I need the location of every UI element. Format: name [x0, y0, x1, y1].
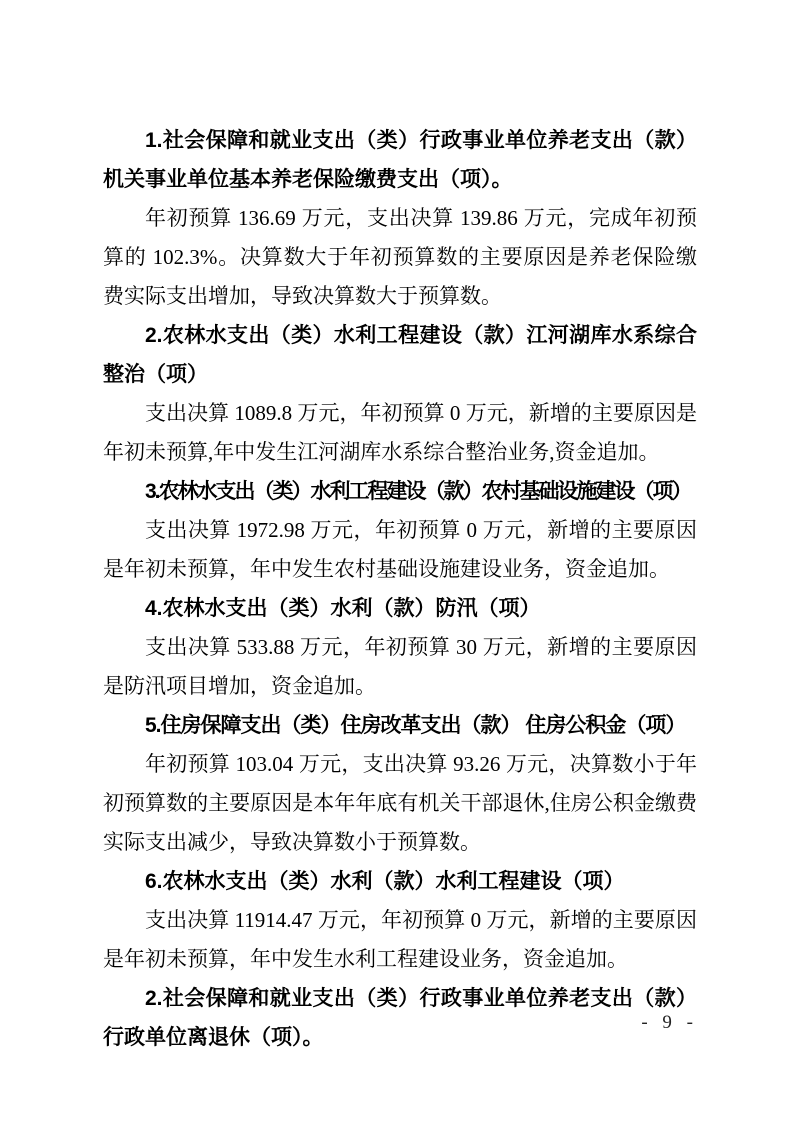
document-content: 1.社会保障和就业支出（类）行政事业单位养老支出（款）机关事业单位基本养老保险缴…: [103, 121, 697, 1057]
section-1-body: 年初预算 136.69 万元，支出决算 139.86 万元，完成年初预算的 10…: [103, 199, 697, 316]
section-4-heading: 4.农林水支出（类）水利（款）防汛（项）: [103, 589, 697, 628]
section-7-heading: 2.社会保障和就业支出（类）行政事业单位养老支出（款）行政单位离退休（项）。: [103, 979, 697, 1057]
document-page: 1.社会保障和就业支出（类）行政事业单位养老支出（款）机关事业单位基本养老保险缴…: [0, 0, 793, 1122]
section-3-body: 支出决算 1972.98 万元，年初预算 0 万元，新增的主要原因是年初未预算，…: [103, 511, 697, 589]
section-4-body: 支出决算 533.88 万元，年初预算 30 万元，新增的主要原因是防汛项目增加…: [103, 628, 697, 706]
section-5-heading: 5.住房保障支出（类）住房改革支出（款） 住房公积金（项）: [103, 706, 697, 745]
section-3-heading: 3.农林水支出（类）水利工程建设（款）农村基础设施建设（项）: [103, 472, 697, 511]
section-5-body: 年初预算 103.04 万元，支出决算 93.26 万元，决算数小于年初预算数的…: [103, 745, 697, 862]
section-6-heading: 6.农林水支出（类）水利（款）水利工程建设（项）: [103, 862, 697, 901]
section-2-body: 支出决算 1089.8 万元，年初预算 0 万元，新增的主要原因是年初未预算,年…: [103, 394, 697, 472]
section-1-heading: 1.社会保障和就业支出（类）行政事业单位养老支出（款）机关事业单位基本养老保险缴…: [103, 121, 697, 199]
section-2-heading: 2.农林水支出（类）水利工程建设（款）江河湖库水系综合整治（项）: [103, 316, 697, 394]
section-6-body: 支出决算 11914.47 万元，年初预算 0 万元，新增的主要原因是年初未预算…: [103, 901, 697, 979]
page-number: - 9 -: [641, 1012, 698, 1034]
